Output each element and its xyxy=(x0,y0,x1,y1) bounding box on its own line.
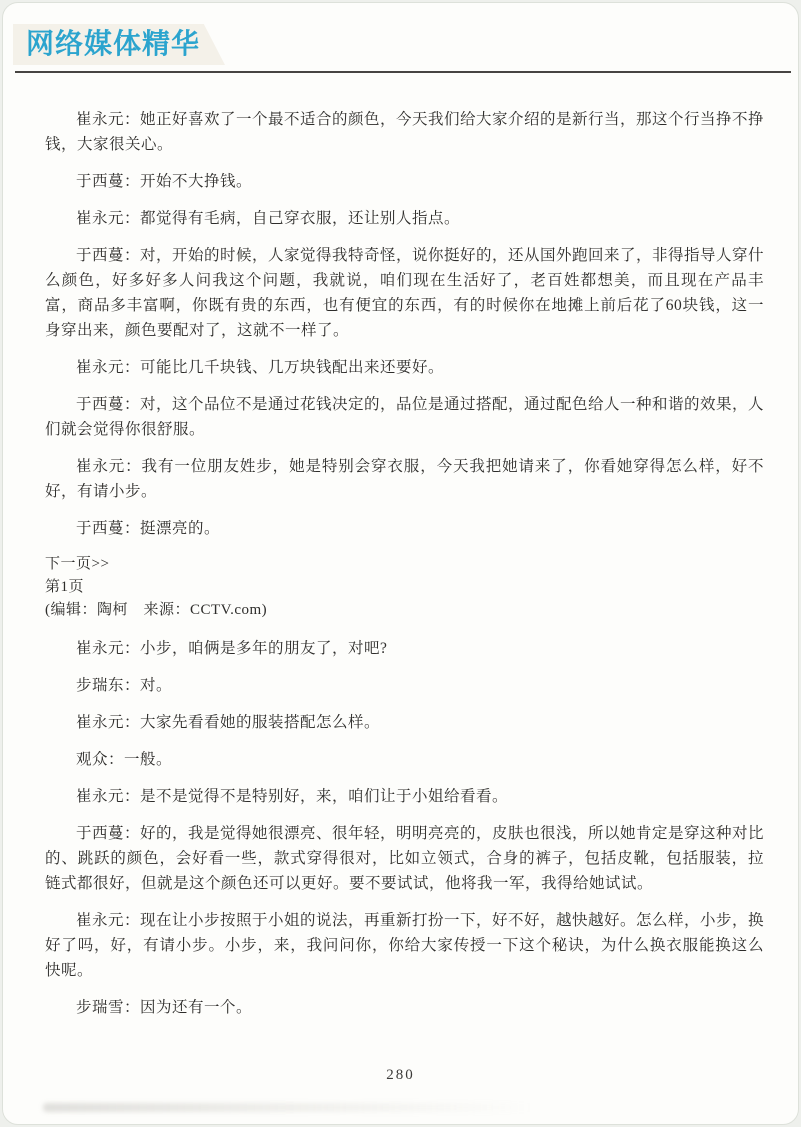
header-rule xyxy=(15,71,791,73)
dialogue-paragraph: 于西蔓：好的，我是觉得她很漂亮、很年轻，明明亮亮的，皮肤也很浅，所以她肯定是穿这… xyxy=(45,821,764,896)
dialogue-paragraph: 崔永元：是不是觉得不是特别好，来，咱们让于小姐给看看。 xyxy=(45,784,764,809)
dialogue-paragraph: 步瑞东：对。 xyxy=(45,673,764,698)
dialogue-paragraph: 崔永元：小步，咱俩是多年的朋友了，对吧? xyxy=(45,636,764,661)
dialogue-paragraph: 崔永元：现在让小步按照于小姐的说法，再重新打扮一下，好不好，越快越好。怎么样，小… xyxy=(45,908,764,983)
dialogue-paragraph: 于西蔓：开始不大挣钱。 xyxy=(45,169,764,194)
header-banner: 网络媒体精华 xyxy=(13,24,225,65)
dialogue-paragraph: 于西蔓：挺漂亮的。 xyxy=(45,516,764,541)
scan-smudge xyxy=(43,1103,533,1112)
dialogue-paragraph: 步瑞雪：因为还有一个。 xyxy=(45,995,764,1020)
pagination-block: 下一页>> 第1页 (编辑：陶柯 来源：CCTV.com) xyxy=(45,553,764,622)
dialogue-paragraph: 崔永元：可能比几千块钱、几万块钱配出来还要好。 xyxy=(45,355,764,380)
dialogue-paragraph: 崔永元：大家先看看她的服装搭配怎么样。 xyxy=(45,710,764,735)
dialogue-paragraph: 崔永元：她正好喜欢了一个最不适合的颜色，今天我们给大家介绍的是新行当，那这个行当… xyxy=(45,107,764,157)
dialogue-paragraph: 崔永元：我有一位朋友姓步，她是特别会穿衣服，今天我把她请来了，你看她穿得怎么样，… xyxy=(45,454,764,504)
dialogue-paragraph: 崔永元：都觉得有毛病，自己穿衣服，还让别人指点。 xyxy=(45,206,764,231)
page-container: 网络媒体精华 崔永元：她正好喜欢了一个最不适合的颜色，今天我们给大家介绍的是新行… xyxy=(2,2,799,1125)
page-title: 网络媒体精华 xyxy=(13,24,225,66)
next-page-link: 下一页>> xyxy=(45,553,764,576)
editor-credit: (编辑：陶柯 来源：CCTV.com) xyxy=(45,599,764,622)
page-indicator: 第1页 xyxy=(45,576,764,599)
dialogue-paragraph: 于西蔓：对，这个品位不是通过花钱决定的，品位是通过搭配，通过配色给人一种和谐的效… xyxy=(45,392,764,442)
dialogue-paragraph: 于西蔓：对，开始的时候，人家觉得我特奇怪，说你挺好的，还从国外跑回来了，非得指导… xyxy=(45,243,764,343)
transcript-content: 崔永元：她正好喜欢了一个最不适合的颜色，今天我们给大家介绍的是新行当，那这个行当… xyxy=(45,107,764,1032)
dialogue-paragraph: 观众：一般。 xyxy=(45,747,764,772)
page-number: 280 xyxy=(3,1067,798,1084)
